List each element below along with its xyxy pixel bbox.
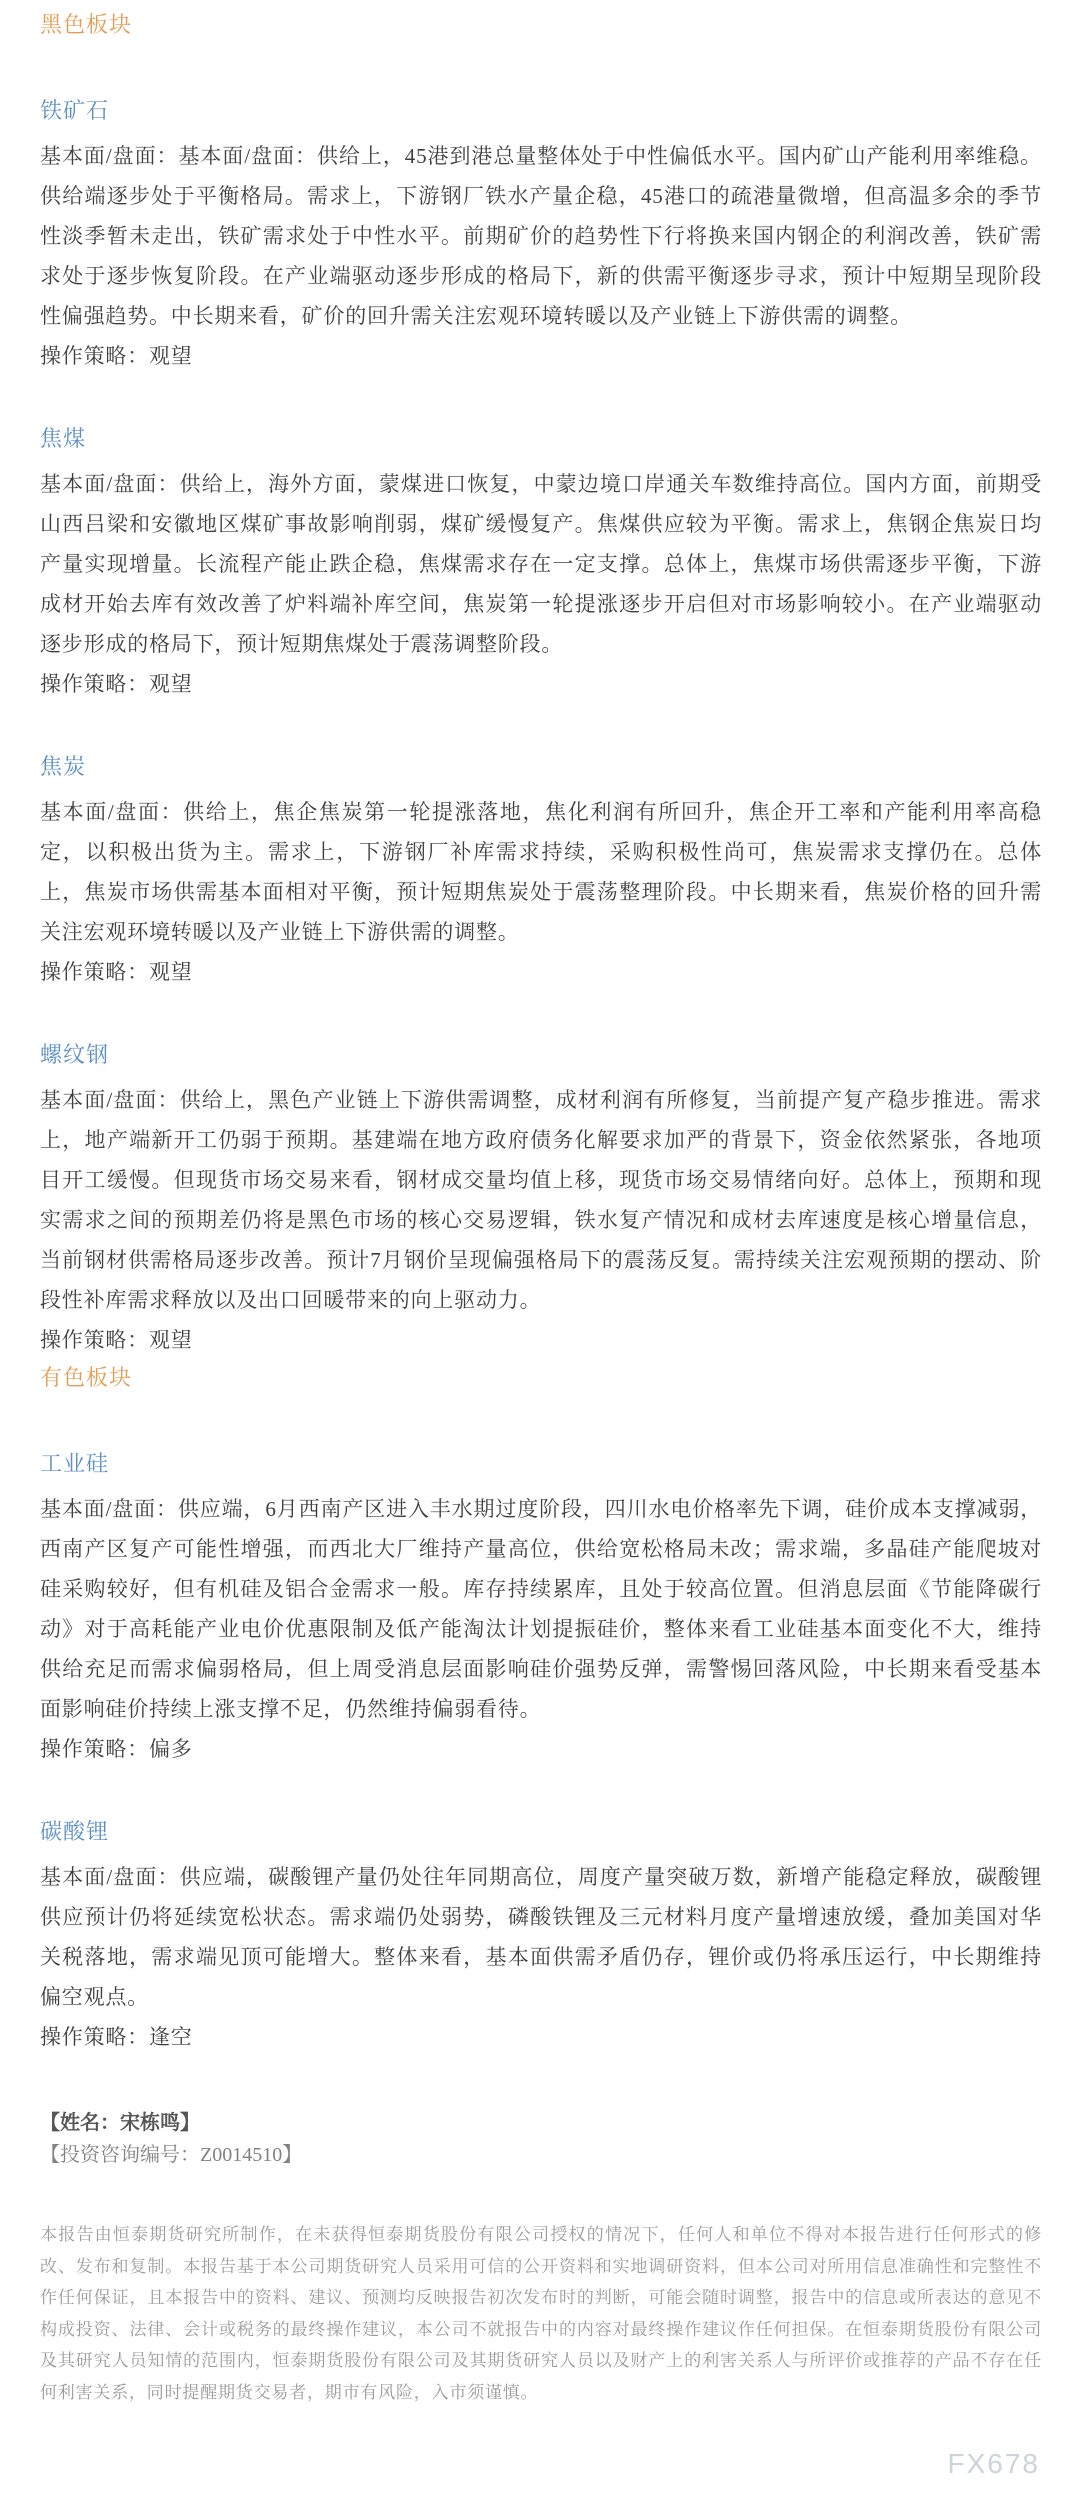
analysis-paragraph-lithium-carbonate: 基本面/盘面：供应端，碳酸锂产量仍处往年同期高位，周度产量突破万数，新增产能稳定…	[40, 1857, 1042, 2017]
strategy-line-iron-ore: 操作策略：观望	[40, 336, 1042, 376]
section-rebar: 螺纹钢 基本面/盘面：供给上，黑色产业链上下游供需调整，成材利润有所修复，当前提…	[40, 1042, 1042, 1360]
strategy-line-lithium-carbonate: 操作策略：逢空	[40, 2017, 1042, 2057]
analysis-paragraph-coking-coal: 基本面/盘面：供给上，海外方面，蒙煤进口恢复，中蒙边境口岸通关车数维持高位。国内…	[40, 464, 1042, 664]
report-page: 黑色板块 铁矿石 基本面/盘面：基本面/盘面：供给上，45港到港总量整体处于中性…	[0, 0, 1067, 2510]
commodity-title-rebar: 螺纹钢	[40, 1042, 1042, 1068]
commodity-title-iron-ore: 铁矿石	[40, 98, 1042, 124]
commodity-title-coke: 焦炭	[40, 754, 1042, 780]
analysis-paragraph-industrial-silicon: 基本面/盘面：供应端，6月西南产区进入丰水期过度阶段，四川水电价格率先下调，硅价…	[40, 1489, 1042, 1729]
strategy-line-industrial-silicon: 操作策略：偏多	[40, 1729, 1042, 1769]
strategy-line-coking-coal: 操作策略：观望	[40, 664, 1042, 704]
section-lithium-carbonate: 碳酸锂 基本面/盘面：供应端，碳酸锂产量仍处往年同期高位，周度产量突破万数，新增…	[40, 1819, 1042, 2057]
analysis-paragraph-coke: 基本面/盘面：供给上，焦企焦炭第一轮提涨落地，焦化利润有所回升，焦企开工率和产能…	[40, 792, 1042, 952]
strategy-line-coke: 操作策略：观望	[40, 952, 1042, 992]
analysis-paragraph-iron-ore: 基本面/盘面：基本面/盘面：供给上，45港到港总量整体处于中性偏低水平。国内矿山…	[40, 136, 1042, 336]
commodity-title-lithium-carbonate: 碳酸锂	[40, 1819, 1042, 1845]
author-name: 【姓名：宋栋鸣】	[40, 2107, 1042, 2139]
section-iron-ore: 铁矿石 基本面/盘面：基本面/盘面：供给上，45港到港总量整体处于中性偏低水平。…	[40, 98, 1042, 376]
board-header-black: 黑色板块	[40, 12, 1042, 38]
section-coking-coal: 焦煤 基本面/盘面：供给上，海外方面，蒙煤进口恢复，中蒙边境口岸通关车数维持高位…	[40, 426, 1042, 704]
analysis-paragraph-rebar: 基本面/盘面：供给上，黑色产业链上下游供需调整，成材利润有所修复，当前提产复产稳…	[40, 1080, 1042, 1320]
author-license: 【投资咨询编号：Z0014510】	[40, 2139, 1042, 2171]
fx678-watermark: FX678	[948, 2448, 1041, 2480]
author-block: 【姓名：宋栋鸣】 【投资咨询编号：Z0014510】	[40, 2107, 1042, 2171]
disclaimer-text: 本报告由恒泰期货研究所制作，在未获得恒泰期货股份有限公司授权的情况下，任何人和单…	[40, 2219, 1042, 2408]
commodity-title-coking-coal: 焦煤	[40, 426, 1042, 452]
board-header-nonferrous: 有色板块	[40, 1365, 1042, 1391]
section-coke: 焦炭 基本面/盘面：供给上，焦企焦炭第一轮提涨落地，焦化利润有所回升，焦企开工率…	[40, 754, 1042, 992]
strategy-line-rebar: 操作策略：观望	[40, 1320, 1042, 1360]
commodity-title-industrial-silicon: 工业硅	[40, 1451, 1042, 1477]
section-industrial-silicon: 工业硅 基本面/盘面：供应端，6月西南产区进入丰水期过度阶段，四川水电价格率先下…	[40, 1451, 1042, 1769]
